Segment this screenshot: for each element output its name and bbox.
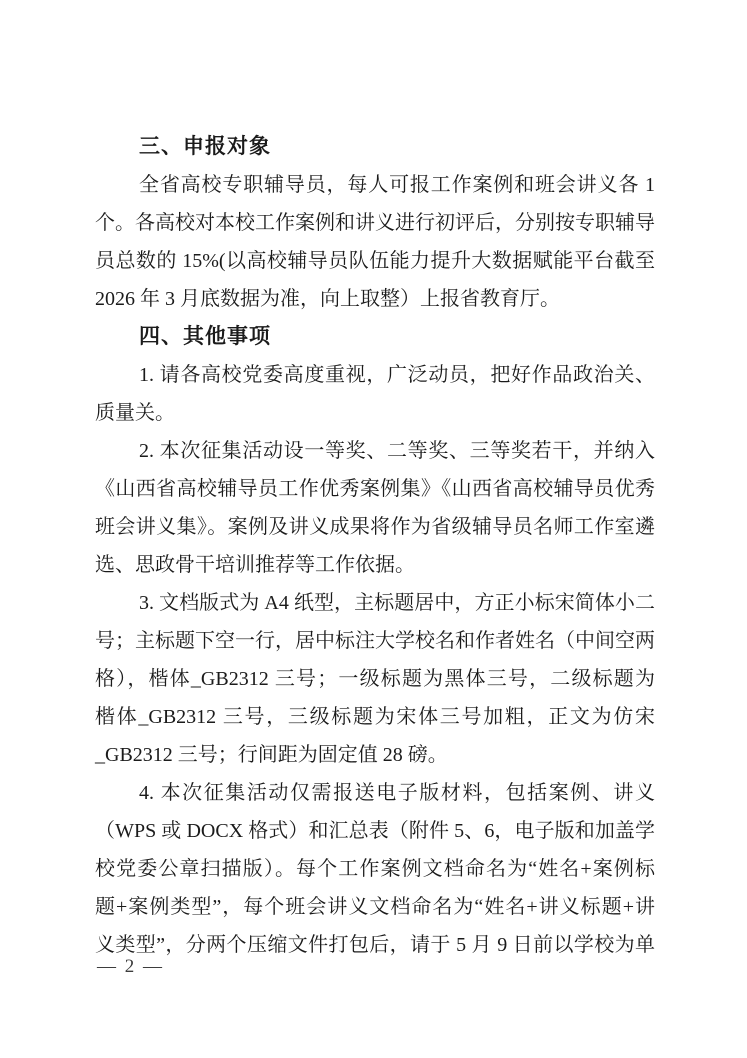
paragraph-line: _GB2312 三号；行间距为固定值 28 磅。	[95, 736, 655, 774]
paragraph-line: 1. 请各高校党委高度重视，广泛动员，把好作品政治关、	[95, 356, 655, 394]
paragraph-line: 个。各高校对本校工作案例和讲义进行初评后，分别按专职辅导	[95, 204, 655, 242]
paragraph-line: （WPS 或 DOCX 格式）和汇总表（附件 5、6，电子版和加盖学	[95, 812, 655, 850]
paragraph-line: 《山西省高校辅导员工作优秀案例集》《山西省高校辅导员优秀	[95, 470, 655, 508]
paragraph-line: 义类型”，分两个压缩文件打包后，请于 5 月 9 日前以学校为单	[95, 926, 655, 964]
paragraph-line: 题+案例类型”，每个班会讲义文档命名为“姓名+讲义标题+讲	[95, 888, 655, 926]
page-number: — 2 —	[97, 952, 164, 982]
paragraph-line: 质量关。	[95, 394, 655, 432]
paragraph: 4. 本次征集活动仅需报送电子版材料，包括案例、讲义（WPS 或 DOCX 格式…	[95, 774, 655, 964]
paragraph-line: 2026 年 3 月底数据为准，向上取整）上报省教育厅。	[95, 280, 655, 318]
paragraph-line: 号；主标题下空一行，居中标注大学校名和作者姓名（中间空两	[95, 622, 655, 660]
section-heading: 四、其他事项	[95, 318, 655, 356]
paragraph: 3. 文档版式为 A4 纸型，主标题居中，方正小标宋简体小二号；主标题下空一行，…	[95, 584, 655, 774]
paragraph-line: 2. 本次征集活动设一等奖、二等奖、三等奖若干，并纳入	[95, 432, 655, 470]
document-content: 三、申报对象全省高校专职辅导员，每人可报工作案例和班会讲义各 1个。各高校对本校…	[95, 128, 655, 964]
paragraph: 2. 本次征集活动设一等奖、二等奖、三等奖若干，并纳入《山西省高校辅导员工作优秀…	[95, 432, 655, 584]
paragraph-line: 选、思政骨干培训推荐等工作依据。	[95, 546, 655, 584]
document-page: 三、申报对象全省高校专职辅导员，每人可报工作案例和班会讲义各 1个。各高校对本校…	[0, 0, 747, 1058]
paragraph-line: 3. 文档版式为 A4 纸型，主标题居中，方正小标宋简体小二	[95, 584, 655, 622]
paragraph-line: 4. 本次征集活动仅需报送电子版材料，包括案例、讲义	[95, 774, 655, 812]
paragraph-line: 班会讲义集》。案例及讲义成果将作为省级辅导员名师工作室遴	[95, 508, 655, 546]
paragraph-line: 全省高校专职辅导员，每人可报工作案例和班会讲义各 1	[95, 166, 655, 204]
section-heading: 三、申报对象	[95, 128, 655, 166]
paragraph-line: 员总数的 15%(以高校辅导员队伍能力提升大数据赋能平台截至	[95, 242, 655, 280]
paragraph-line: 格），楷体_GB2312 三号；一级标题为黑体三号，二级标题为	[95, 660, 655, 698]
paragraph-line: 楷体_GB2312 三号，三级标题为宋体三号加粗，正文为仿宋	[95, 698, 655, 736]
paragraph-line: 校党委公章扫描版）。每个工作案例文档命名为“姓名+案例标	[95, 850, 655, 888]
paragraph: 1. 请各高校党委高度重视，广泛动员，把好作品政治关、质量关。	[95, 356, 655, 432]
paragraph: 全省高校专职辅导员，每人可报工作案例和班会讲义各 1个。各高校对本校工作案例和讲…	[95, 166, 655, 318]
